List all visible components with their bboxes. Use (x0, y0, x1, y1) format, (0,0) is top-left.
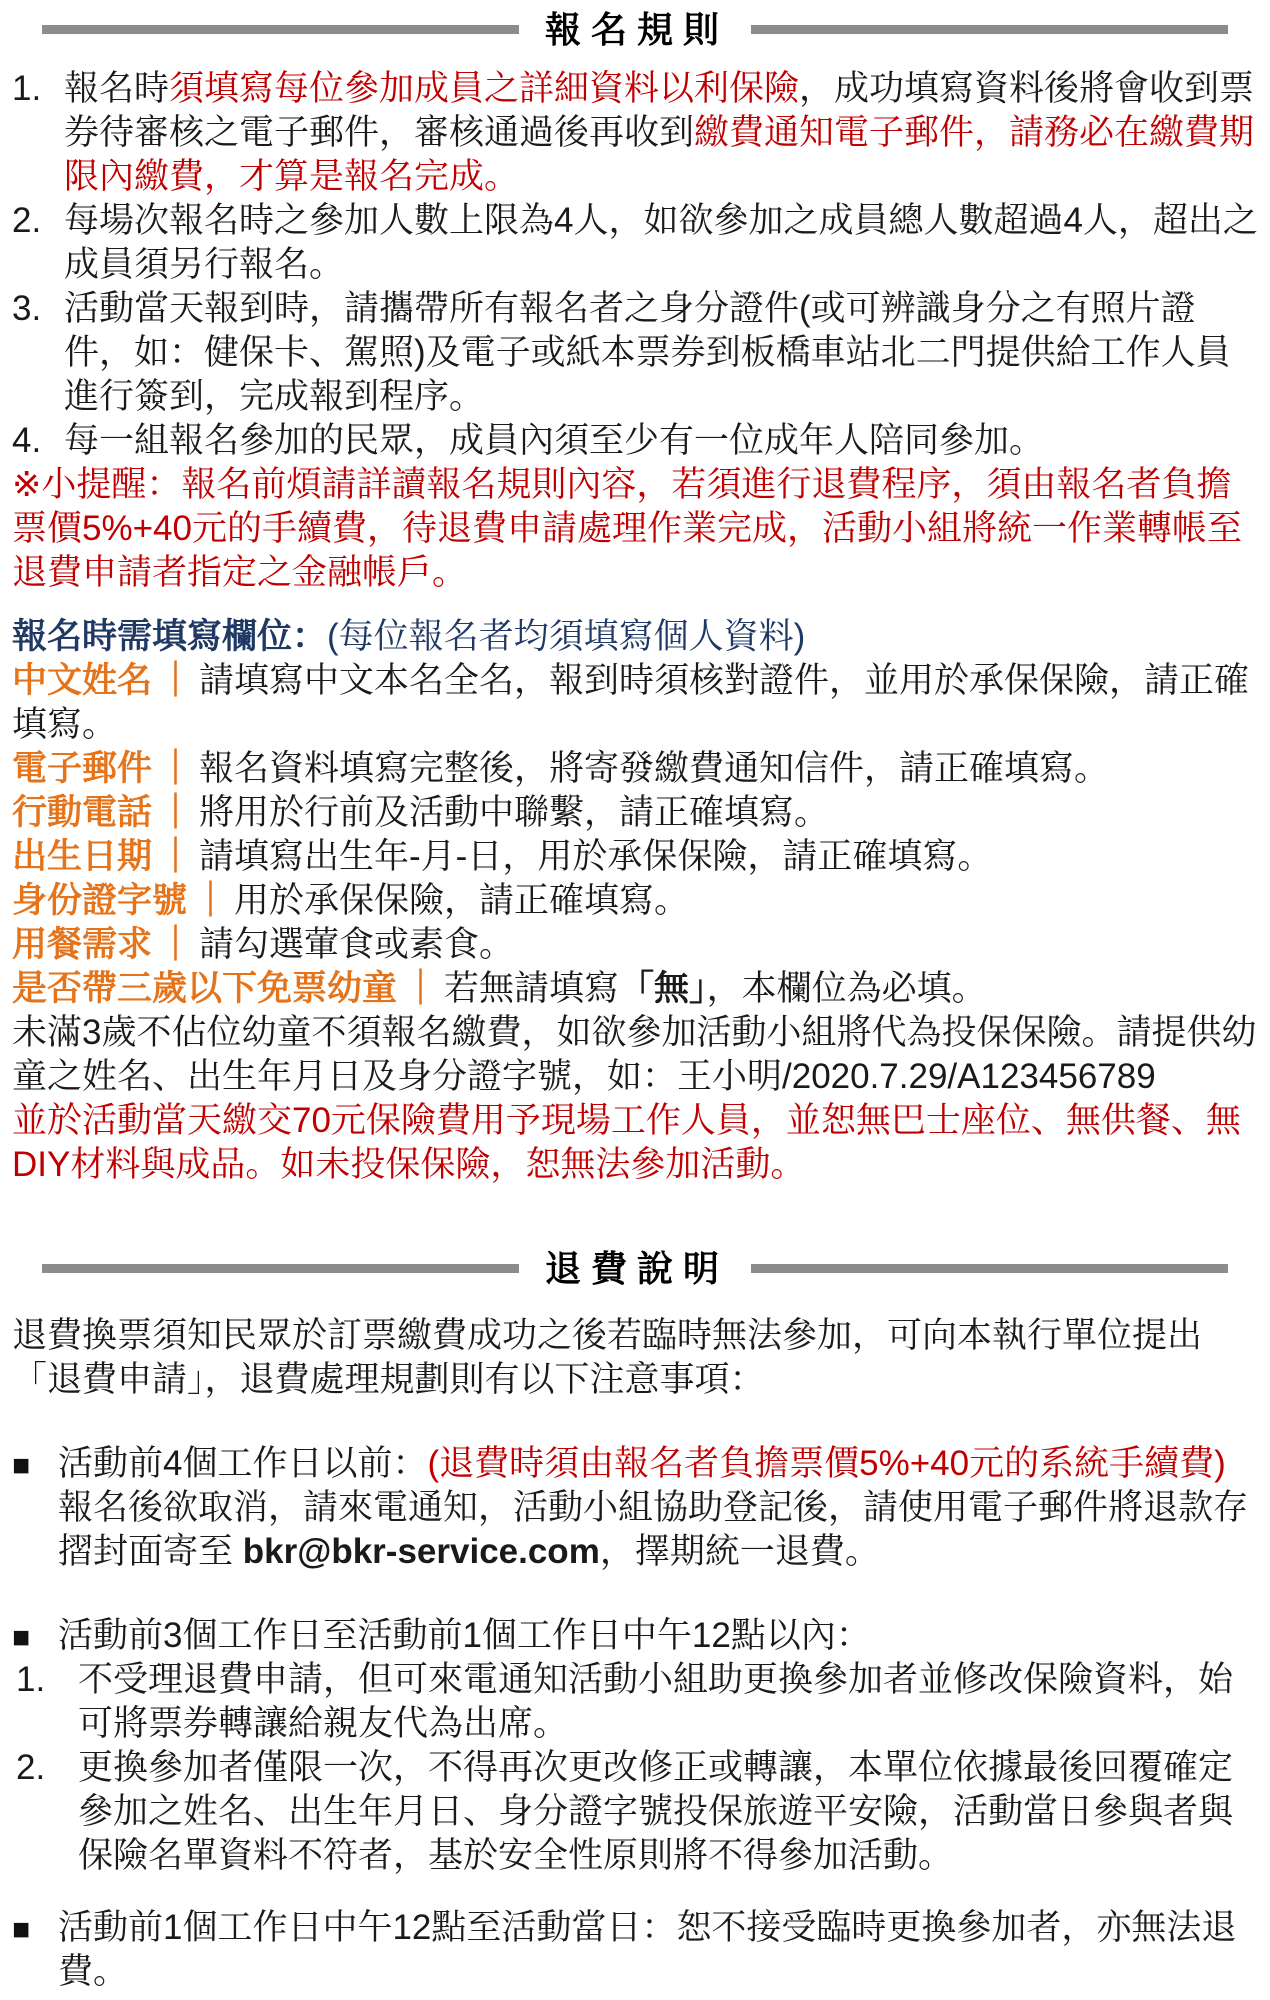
refund-bullet-head: 活動前4個工作日以前： (58, 1444, 427, 1483)
rule-item-2: 2. 每場次報名時之參加人數上限為4人，如欲參加之成員總人數超過4人，超出之成員… (12, 199, 1258, 287)
rule-number: 1. (12, 67, 41, 111)
rule-item-3: 3. 活動當天報到時，請攜帶所有報名者之身分證件(或可辨識身分之有照片證件，如：… (12, 287, 1258, 419)
field-description: 用於承保保險，請正確填寫。 (234, 881, 689, 920)
field-description: ，本欄位為必填。 (707, 969, 987, 1008)
field-row-email: 電子郵件｜報名資料填寫完整後，將寄發繳費通知信件，請正確填寫。 (12, 747, 1258, 791)
header-rule-left (42, 1264, 519, 1273)
field-description: 請填寫中文本名全名，報到時須核對證件，並用於承保保險，請正確填寫。 (12, 661, 1249, 744)
rule-number: 4. (12, 419, 41, 463)
refund-sub-item-1: 1. 不受理退費申請，但可來電通知活動小組助更換參加者並修改保險資料，始可將票券… (12, 1658, 1258, 1746)
field-separator: ｜ (403, 969, 438, 1008)
fields-heading: 報名時需填寫欄位：(每位報名者均須填寫個人資料) (12, 615, 1258, 659)
field-label: 用餐需求 (12, 925, 152, 964)
refund-bullet-2: ■ 活動前3個工作日至活動前1個工作日中午12點以內： (12, 1614, 1258, 1658)
refund-bullet-head: 活動前3個工作日至活動前1個工作日中午12點以內： (58, 1616, 871, 1655)
field-row-birth-date: 出生日期｜請填寫出生年-月-日，用於承保保險，請正確填寫。 (12, 835, 1258, 879)
rule-text-segment: 每一組報名參加的民眾，成員內須至少有一位成年人陪同參加。 (64, 421, 1044, 460)
field-description: 將用於行前及活動中聯繫，請正確填寫。 (199, 793, 829, 832)
section-header-refund-instructions: 退費說明 (42, 1247, 1228, 1290)
rule-highlight-red: 須填寫每位參加成員之詳細資料以利保險 (169, 69, 799, 108)
refund-bullet-body: ，擇期統一退費。 (600, 1532, 880, 1571)
rule-text-segment: 活動當天報到時，請攜帶所有報名者之身分證件(或可辨識身分之有照片證件，如：健保卡… (64, 289, 1231, 416)
field-row-id-number: 身份證字號｜用於承保保險，請正確填寫。 (12, 879, 1258, 923)
field-label: 中文姓名 (12, 661, 152, 700)
refund-instructions-title: 退費說明 (545, 1247, 729, 1290)
sub-item-text: 更換參加者僅限一次，不得再次更改修正或轉讓，本單位依據最後回覆確定參加之姓名、出… (78, 1748, 1233, 1875)
refund-email: bkr@bkr-service.com (243, 1532, 600, 1571)
field-label: 電子郵件 (12, 749, 152, 788)
field-description: 報名資料填寫完整後，將寄發繳費通知信件，請正確填寫。 (199, 749, 1109, 788)
section-header-registration-rules: 報名規則 (42, 8, 1228, 51)
field-label: 行動電話 (12, 793, 152, 832)
square-bullet-icon: ■ (12, 1908, 30, 1952)
field-row-infant-under-three: 是否帶三歲以下免票幼童｜若無請填寫「無」，本欄位為必填。 (12, 967, 1258, 1011)
refund-bullet-head: 活動前1個工作日中午12點至活動當日：恕不接受臨時更換參加者，亦無法退費。 (58, 1908, 1236, 1991)
registration-rules-document: 報名規則 1. 報名時須填寫每位參加成員之詳細資料以利保險，成功填寫資料後將會收… (0, 0, 1270, 2000)
registration-rules-title: 報名規則 (545, 8, 729, 51)
rule-item-1: 1. 報名時須填寫每位參加成員之詳細資料以利保險，成功填寫資料後將會收到票券待審… (12, 67, 1258, 199)
header-rule-right (751, 25, 1228, 34)
field-separator: ｜ (158, 837, 193, 876)
rule-text-segment: 每場次報名時之參加人數上限為4人，如欲參加之成員總人數超過4人，超出之成員須另行… (64, 201, 1258, 284)
square-bullet-icon: ■ (12, 1444, 30, 1488)
header-rule-right (751, 1264, 1228, 1273)
field-description: 請勾選葷食或素食。 (199, 925, 514, 964)
field-separator: ｜ (158, 749, 193, 788)
reminder-note: ※小提醒：報名前煩請詳讀報名規則內容，若須進行退費程序，須由報名者負擔票價5%+… (12, 463, 1258, 595)
rule-item-4: 4. 每一組報名參加的民眾，成員內須至少有一位成年人陪同參加。 (12, 419, 1258, 463)
field-separator: ｜ (193, 881, 228, 920)
field-separator: ｜ (158, 661, 193, 700)
refund-bullet-1: ■ 活動前4個工作日以前：(退費時須由報名者負擔票價5%+40元的系統手續費)報… (12, 1442, 1258, 1574)
field-description-emphasis: 「無」 (619, 969, 707, 1008)
field-label: 是否帶三歲以下免票幼童 (12, 969, 397, 1008)
field-description: 若無請填寫 (444, 969, 619, 1008)
header-rule-left (42, 25, 519, 34)
infant-note: 未滿3歲不佔位幼童不須報名繳費，如欲參加活動小組將代為投保保險。請提供幼童之姓名… (12, 1011, 1258, 1099)
sub-item-number: 2. (16, 1746, 45, 1790)
field-label: 出生日期 (12, 837, 152, 876)
rule-text-segment: 報名時 (64, 69, 169, 108)
rule-number: 2. (12, 199, 41, 243)
refund-fee-note-red: (退費時須由報名者負擔票價5%+40元的系統手續費) (427, 1444, 1225, 1483)
field-description: 請填寫出生年-月-日，用於承保保險，請正確填寫。 (199, 837, 992, 876)
refund-intro: 退費換票須知民眾於訂票繳費成功之後若臨時無法參加，可向本執行單位提出「退費申請」… (12, 1314, 1258, 1402)
square-bullet-icon: ■ (12, 1616, 30, 1660)
field-row-meal-preference: 用餐需求｜請勾選葷食或素食。 (12, 923, 1258, 967)
sub-item-number: 1. (16, 1658, 45, 1702)
refund-bullet-3: ■ 活動前1個工作日中午12點至活動當日：恕不接受臨時更換參加者，亦無法退費。 (12, 1906, 1258, 1994)
sub-item-text: 不受理退費申請，但可來電通知活動小組助更換參加者並修改保險資料，始可將票券轉讓給… (78, 1660, 1233, 1743)
field-row-chinese-name: 中文姓名｜請填寫中文本名全名，報到時須核對證件，並用於承保保險，請正確填寫。 (12, 659, 1258, 747)
fields-heading-label: 報名時需填寫欄位： (12, 617, 327, 656)
refund-sub-item-2: 2. 更換參加者僅限一次，不得再次更改修正或轉讓，本單位依據最後回覆確定參加之姓… (12, 1746, 1258, 1878)
fields-heading-note: (每位報名者均須填寫個人資料) (327, 617, 805, 656)
field-separator: ｜ (158, 925, 193, 964)
rule-number: 3. (12, 287, 41, 331)
field-row-mobile-phone: 行動電話｜將用於行前及活動中聯繫，請正確填寫。 (12, 791, 1258, 835)
field-label: 身份證字號 (12, 881, 187, 920)
infant-note-warning: 並於活動當天繳交70元保險費用予現場工作人員，並恕無巴士座位、無供餐、無DIY材… (12, 1099, 1258, 1187)
field-separator: ｜ (158, 793, 193, 832)
